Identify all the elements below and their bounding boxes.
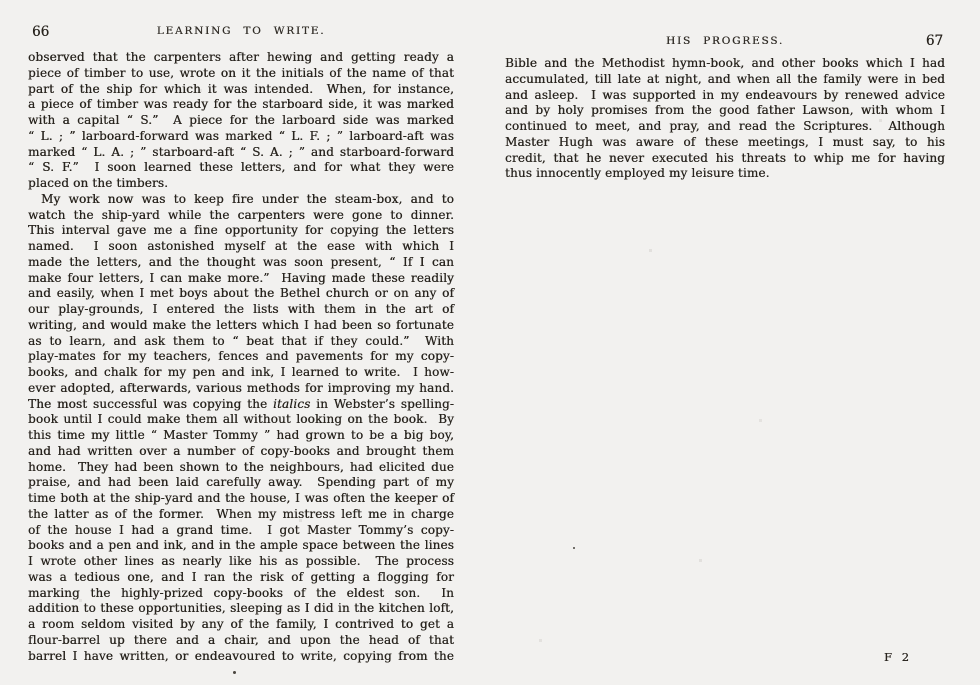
- printer-signature-mark: F 2: [884, 650, 912, 664]
- text-line: credit, that he never executed his threa…: [505, 151, 945, 167]
- text-line: “ L. ; ” larboard-forward was marked “ L…: [28, 129, 454, 145]
- text-line: made the letters, and the thought was so…: [28, 255, 454, 271]
- text-line: watch the ship-yard while the carpenters…: [28, 208, 454, 224]
- text-line: piece of timber to use, wrote on it the …: [28, 66, 454, 82]
- text-line: make four letters, I can make more.” Hav…: [28, 271, 454, 287]
- text-line: “ S. F.” I soon learned these letters, a…: [28, 160, 454, 176]
- text-line: marked “ L. A. ; ” starboard-aft “ S. A.…: [28, 145, 454, 161]
- text-line: thus innocently employed my leisure time…: [505, 166, 945, 182]
- text-line: named. I soon astonished myself at the e…: [28, 239, 454, 255]
- text-line: with a capital “ S.” A piece for the lar…: [28, 113, 454, 129]
- text-line: time both at the ship-yard and the house…: [28, 491, 454, 507]
- text-line: The most successful was copying the ital…: [28, 397, 454, 413]
- text-line: a room seldom visited by any of the fami…: [28, 617, 454, 633]
- text-line: barrel I have written, or endeavoured to…: [28, 649, 454, 665]
- paper-grain: [0, 0, 1, 1]
- text-line: I wrote other lines as nearly like his a…: [28, 554, 454, 570]
- text-line: Master Hugh was aware of these meetings,…: [505, 135, 945, 151]
- page-left-body: observed that the carpenters after hewin…: [28, 50, 454, 664]
- page-left: 66 LEARNING TO WRITE. observed that the …: [28, 0, 454, 685]
- text-line: books, and chalk for my pen and ink, I l…: [28, 365, 454, 381]
- text-line: play-mates for my teachers, fences and p…: [28, 349, 454, 365]
- text-line: marking the highly-prized copy-books of …: [28, 586, 454, 602]
- text-line: and had written over a number of copy-bo…: [28, 444, 454, 460]
- text-line: this time my little “ Master Tommy ” had…: [28, 428, 454, 444]
- text-line: ever adopted, afterwards, various method…: [28, 381, 454, 397]
- ink-speck: [233, 671, 236, 674]
- text-line: addition to these opportunities, sleepin…: [28, 601, 454, 617]
- text-line: accumulated, till late at night, and whe…: [505, 72, 945, 88]
- text-line: flour-barrel up there and a chair, and u…: [28, 633, 454, 649]
- page-right: HIS PROGRESS. 67 Bible and the Methodist…: [505, 0, 945, 685]
- text-line: a piece of timber was ready for the star…: [28, 97, 454, 113]
- text-line: continued to meet, and pray, and read th…: [505, 119, 945, 135]
- text-line: This interval gave me a fine opportunity…: [28, 223, 454, 239]
- text-line: writing, and would make the letters whic…: [28, 318, 454, 334]
- page-right-header-row: HIS PROGRESS. 67: [505, 35, 945, 51]
- text-line: part of the ship for which it was intend…: [28, 82, 454, 98]
- text-line: praise, and had been laid carefully away…: [28, 475, 454, 491]
- text-line: as to learn, and ask them to “ beat that…: [28, 334, 454, 350]
- text-line: observed that the carpenters after hewin…: [28, 50, 454, 66]
- page-right-body: Bible and the Methodist hymn-book, and o…: [505, 56, 945, 182]
- text-line: was a tedious one, and I ran the risk of…: [28, 570, 454, 586]
- book-scan: 66 LEARNING TO WRITE. observed that the …: [0, 0, 980, 685]
- text-line: and easily, when I met boys about the Be…: [28, 286, 454, 302]
- text-line: and by holy promises from the good fathe…: [505, 103, 945, 119]
- text-line: placed on the timbers.: [28, 176, 454, 192]
- text-line: the latter as of the former. When my mis…: [28, 507, 454, 523]
- text-line: book until I could make them all without…: [28, 412, 454, 428]
- running-header-left: LEARNING TO WRITE.: [28, 25, 454, 37]
- text-line: our play-grounds, I entered the lists wi…: [28, 302, 454, 318]
- text-line: Bible and the Methodist hymn-book, and o…: [505, 56, 945, 72]
- page-number-right: 67: [926, 33, 943, 49]
- page-left-header-row: 66 LEARNING TO WRITE.: [28, 25, 454, 41]
- text-line: My work now was to keep fire under the s…: [28, 192, 454, 208]
- text-line: home. They had been shown to the neighbo…: [28, 460, 454, 476]
- ink-speck: [573, 547, 575, 549]
- text-line: books and a pen and ink, and in the ampl…: [28, 538, 454, 554]
- running-header-right: HIS PROGRESS.: [505, 35, 945, 47]
- text-line: and asleep. I was supported in my endeav…: [505, 88, 945, 104]
- text-line: of the house I had a grand time. I got M…: [28, 523, 454, 539]
